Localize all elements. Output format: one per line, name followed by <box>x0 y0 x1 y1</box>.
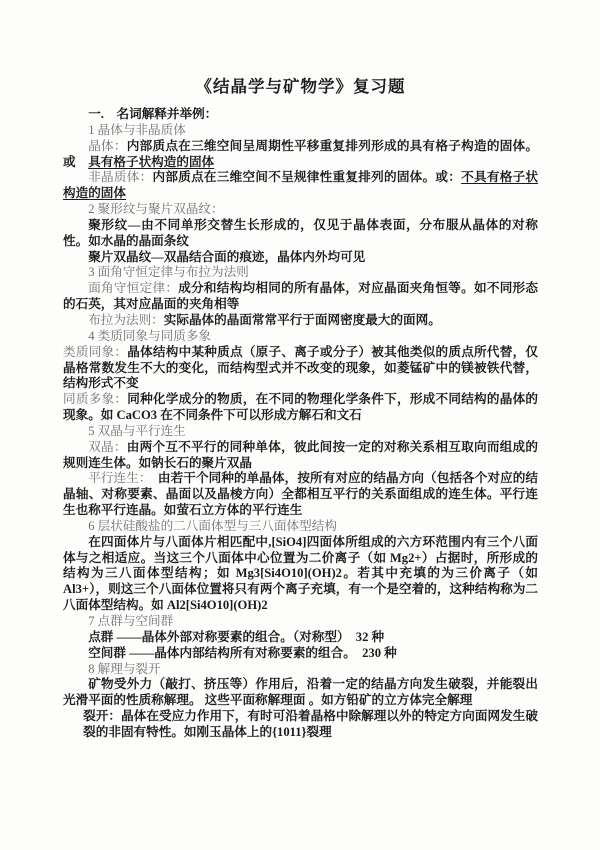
text-run-term: 同质多象： <box>63 392 127 406</box>
text-run-sub: 1 晶体与非晶质体 <box>88 123 186 137</box>
text-run-bold: 聚片双晶纹—双晶结合面的痕迹，晶体内外均可见 <box>88 250 365 264</box>
subheading-2: 2 聚形纹与聚片双晶纹： <box>63 202 538 218</box>
text-run-bold: 晶体结构中某种质点（原子、离子或分子）被其他类似的质点所代替，仅晶格常数发生不大… <box>63 345 538 391</box>
definition-point-group: 点群 ——晶体外部对称要素的组合。（对称型） 32 种 <box>63 630 538 646</box>
text-run-heading: 一. 名词解释并举例： <box>88 107 217 121</box>
definition-parallel-growth: 平行连生： 由若干个同种的单晶体，按所有对应的结晶方向（包括各个对应的结晶轴、对… <box>63 471 538 519</box>
section-heading-1: 一. 名词解释并举例： <box>63 107 538 123</box>
text-run-bold: 裂开：晶体在受应力作用下，有时可沿着晶格中除解理以外的特定方向面网发生破裂的非固… <box>83 709 538 739</box>
text-run-bold: 实际晶体的晶面常常平行于面网密度最大的面网。 <box>164 313 441 327</box>
text-run-boldu: 具有格子状构造的固体 <box>88 155 214 169</box>
definition-twin-crystal: 双晶：由两个互不平行的同种单体，彼此间按一定的对称关系相互取向而组成的规则连生体… <box>63 440 538 472</box>
subheading-7: 7 点群与空间群 <box>63 614 538 630</box>
text-run-bold: 同种化学成分的物质，在不同的物理化学条件下，形成不同结构的晶体的现象。如 CaC… <box>63 392 538 422</box>
text-run-term: 非晶质体： <box>88 170 152 184</box>
subheading-3: 3 面角守恒定律与布拉为法则 <box>63 265 538 281</box>
text-run-term: 平行连生： <box>88 471 145 485</box>
document-body: 一. 名词解释并举例：1 晶体与非晶质体晶体：内部质点在三维空间呈周期性平移重复… <box>63 107 538 741</box>
text-run-sub: 8 解理与裂开 <box>88 662 160 676</box>
text-run-term: 晶体： <box>88 139 127 153</box>
definition-bravais-law: 布拉为法则：实际晶体的晶面常常平行于面网密度最大的面网。 <box>63 313 538 329</box>
text-run-term: 双晶： <box>88 440 127 454</box>
definition-isomorphism: 类质同象：晶体结构中某种质点（原子、离子或分子）被其他类似的质点所代替，仅晶格常… <box>63 345 538 393</box>
definition-parting: 裂开：晶体在受应力作用下，有时可沿着晶格中除解理以外的特定方向面网发生破裂的非固… <box>63 709 538 741</box>
definition-octahedral-structure: 在四面体片与八面体片相匹配中,[SiO4]四面体所组成的六方环范围内有三个八面体… <box>63 535 538 614</box>
definition-non-crystal: 非晶质体：内部质点在三维空间不呈规律性重复排列的固体。或：不具有格子状构造的固体 <box>63 170 538 202</box>
definition-cleavage: 矿物受外力（敲打、挤压等）作用后，沿着一定的结晶方向发生破裂，并能裂出光滑平面的… <box>63 677 538 709</box>
text-run-bold: 矿物受外力（敲打、挤压等）作用后，沿着一定的结晶方向发生破裂，并能裂出光滑平面的… <box>63 677 538 707</box>
subheading-4: 4 类质同象与同质多象 <box>63 329 538 345</box>
text-run-term: 面角守恒定律： <box>88 281 178 295</box>
document-title: 《结晶学与矿物学》复习题 <box>63 76 538 98</box>
definition-space-group: 空间群 ——晶体内部结构所有对称要素的组合。 230 种 <box>63 646 538 662</box>
definition-jupian: 聚片双晶纹—双晶结合面的痕迹，晶体内外均可见 <box>63 250 538 266</box>
text-run-bold: 内部质点在三维空间不呈规律性重复排列的固体。或： <box>152 170 461 184</box>
definition-face-angle-law: 面角守恒定律：成分和结构均相同的所有晶体，对应晶面夹角恒等。如不同形态的石英，其… <box>63 281 538 313</box>
text-run-bold: 在四面体片与八面体片相匹配中,[SiO4]四面体所组成的六方环范围内有三个八面体… <box>63 535 538 612</box>
text-run-sub: 4 类质同象与同质多象 <box>88 329 211 343</box>
text-run-bold: 点群 ——晶体外部对称要素的组合。（对称型） 32 种 <box>88 630 384 644</box>
text-run-sub: 7 点群与空间群 <box>88 614 173 628</box>
text-run-term: 布拉为法则： <box>88 313 164 327</box>
text-run-bold: 由两个互不平行的同种单体，彼此间按一定的对称关系相互取向而组成的规则连生体。如钠… <box>63 440 538 470</box>
text-run-sub: 5 双晶与平行连生 <box>88 424 186 438</box>
subheading-8: 8 解理与裂开 <box>63 662 538 678</box>
subheading-6: 6 层状硅酸盐的二八面体型与三八面体型结构 <box>63 519 538 535</box>
text-run-sub: 3 面角守恒定律与布拉为法则 <box>88 265 249 279</box>
text-run-bold: 聚形纹—由不同单形交替生长形成的，仅见于晶体表面，分布服从晶体的对称性。如水晶的… <box>63 218 538 248</box>
text-run-bold: 空间群 ——晶体内部结构所有对称要素的组合。 230 种 <box>88 646 397 660</box>
document-page: 《结晶学与矿物学》复习题 一. 名词解释并举例：1 晶体与非晶质体晶体：内部质点… <box>0 0 600 850</box>
text-run-term: 类质同象： <box>63 345 127 359</box>
definition-juxingwen: 聚形纹—由不同单形交替生长形成的，仅见于晶体表面，分布服从晶体的对称性。如水晶的… <box>63 218 538 250</box>
text-run-sub: 2 聚形纹与聚片双晶纹： <box>88 202 223 216</box>
subheading-5: 5 双晶与平行连生 <box>63 424 538 440</box>
text-run-sub: 6 层状硅酸盐的二八面体型与三八面体型结构 <box>88 519 337 533</box>
definition-polymorphism: 同质多象：同种化学成分的物质，在不同的物理化学条件下，形成不同结构的晶体的现象。… <box>63 392 538 424</box>
definition-crystal: 晶体：内部质点在三维空间呈周期性平移重复排列形成的具有格子构造的固体。或 具有格… <box>63 139 538 171</box>
subheading-1: 1 晶体与非晶质体 <box>63 123 538 139</box>
